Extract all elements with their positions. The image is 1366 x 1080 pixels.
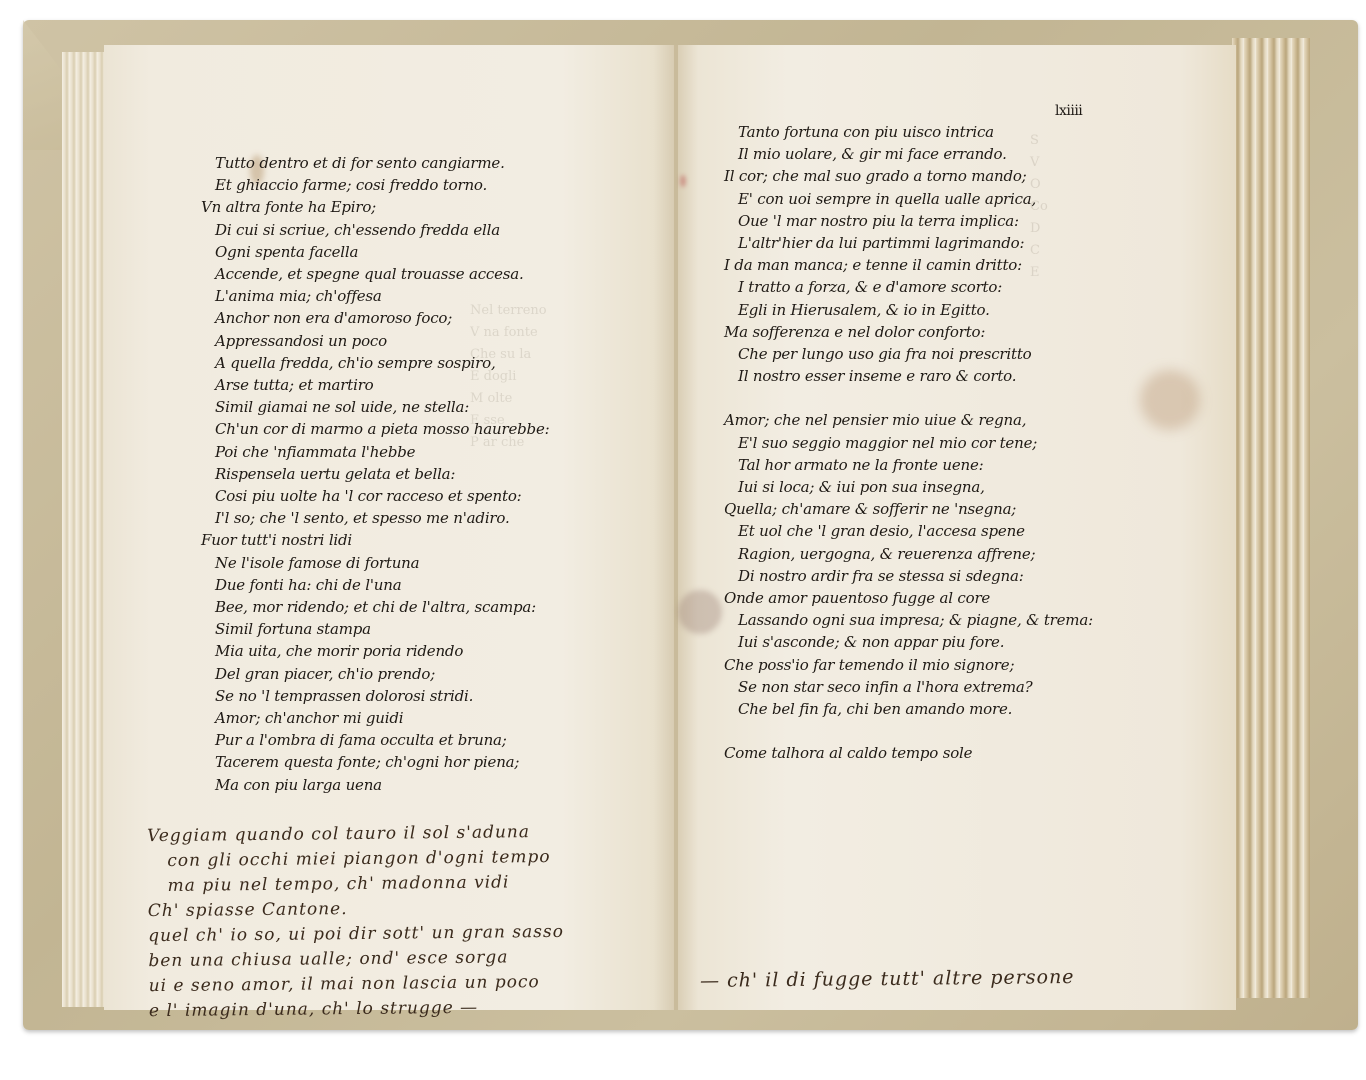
verse-line: I da man manca; e tenne il camin dritto: [724,254,1093,276]
verse-line: L'anima mia; ch'offesa [215,285,549,307]
verse-line: Mia uita, che morir poria ridendo [215,640,549,662]
verse-line: Bee, mor ridendo; et chi de l'altra, sca… [215,596,549,618]
verse-line: Che bel fin fa, chi ben amando more. [738,698,1093,720]
verse-line: Poi che 'nfiammata l'hebbe [215,441,549,463]
verse-line: Appressandosi un poco [215,330,549,352]
verse-line: Onde amor pauentoso fugge al core [724,587,1093,609]
verse-line: Lassando ogni sua impresa; & piagne, & t… [738,609,1093,631]
verse-line: Ragion, uergogna, & reuerenza affrene; [738,543,1093,565]
book-gutter [674,45,678,1010]
verse-line: E' con uoi sempre in quella ualle aprica… [738,188,1093,210]
verse-line: Anchor non era d'amoroso foco; [215,307,549,329]
verse-line: Egli in Hierusalem, & io in Egitto. [738,299,1093,321]
right-handwritten-annotation: — ch' il di fugge tutt' altre persone [700,966,1075,992]
verse-line: Tal hor armato ne la fronte uene: [738,454,1093,476]
manuscript-line: e l' imagin d'una, ch' lo strugge — [149,995,565,1024]
verse-line: Et ghiaccio farme; cosi freddo torno. [215,174,549,196]
verse-line: Come talhora al caldo tempo sole [724,742,1093,764]
verse-line: Amor; che nel pensier mio uiue & regna, [724,409,1093,431]
verse-line: Tacerem questa fonte; ch'ogni hor piena; [215,751,549,773]
verse-line: I'l so; che 'l sento, et spesso me n'adi… [215,507,549,529]
verse-line: Se non star seco infin a l'hora extrema? [738,676,1093,698]
verse-line: Amor; ch'anchor mi guidi [215,707,549,729]
left-printed-verse: Tutto dentro et di for sento cangiarme.E… [215,152,549,796]
verse-line: Il cor; che mal suo grado a torno mando; [724,165,1093,187]
verse-line [738,720,1093,742]
verse-line: A quella fredda, ch'io sempre sospiro, [215,352,549,374]
verse-line: Due fonti ha: chi de l'una [215,574,549,596]
verse-line: Fuor tutt'i nostri lidi [201,529,549,551]
verse-line: Simil fortuna stampa [215,618,549,640]
verse-line: Ma sofferenza e nel dolor conforto: [724,321,1093,343]
verse-line: Quella; ch'amare & sofferir ne 'nsegna; [724,498,1093,520]
verse-line: Che per lungo uso gia fra noi prescritto [738,343,1093,365]
verse-line: Del gran piacer, ch'io prendo; [215,663,549,685]
verse-line: Ch'un cor di marmo a pieta mosso haurebb… [215,418,549,440]
manuscript-line: ma piu nel tempo, ch' madonna vidi [167,870,563,899]
verse-line: Se no 'l temprassen dolorosi stridi. [215,685,549,707]
verse-line: Simil giamai ne sol uide, ne stella: [215,396,549,418]
right-page-edges [1232,38,1310,998]
verse-line: Ma con piu larga uena [215,774,549,796]
verse-line [738,387,1093,409]
verse-line: Il mio uolare, & gir mi face errando. [738,143,1093,165]
verse-line: Cosi piu uolte ha 'l cor racceso et spen… [215,485,549,507]
verse-line: Iui s'asconde; & non appar piu fore. [738,631,1093,653]
verse-line: Di nostro ardir fra se stessa si sdegna: [738,565,1093,587]
verse-line: Iui si loca; & iui pon sua insegna, [738,476,1093,498]
verse-line: Che poss'io far temendo il mio signore; [724,654,1093,676]
manuscript-line: ui e seno amor, il mai non lascia un poc… [149,970,565,999]
verse-line: Tanto fortuna con piu uisco intrica [738,121,1093,143]
verse-line: L'altr'hier da lui partimmi lagrimando: [738,232,1093,254]
verse-line: Oue 'l mar nostro piu la terra implica: [738,210,1093,232]
verse-line: Il nostro esser inseme e raro & corto. [738,365,1093,387]
verse-line: E'l suo seggio maggior nel mio cor tene; [738,432,1093,454]
verse-line: Di cui si scriue, ch'essendo fredda ella [215,219,549,241]
left-handwritten-annotation: Veggiam quando col tauro il sol s'adunac… [147,820,565,1024]
verse-line: Pur a l'ombra di fama occulta et bruna; [215,729,549,751]
verse-line: Ogni spenta facella [215,241,549,263]
right-printed-verse: Tanto fortuna con piu uisco intricaIl mi… [738,121,1093,764]
verse-line: Ne l'isole famose di fortuna [215,552,549,574]
verse-line: Tutto dentro et di for sento cangiarme. [215,152,549,174]
folio-number: lxiiii [1055,103,1082,119]
verse-line: Vn altra fonte ha Epiro; [201,196,549,218]
left-page-edges [62,52,104,1007]
verse-line: Arse tutta; et martiro [215,374,549,396]
verse-line: Et uol che 'l gran desio, l'accesa spene [738,520,1093,542]
verse-line: Accende, et spegne qual trouasse accesa. [215,263,549,285]
verse-line: I tratto a forza, & e d'amore scorto: [738,276,1093,298]
verse-line: Rispensela uertu gelata et bella: [215,463,549,485]
